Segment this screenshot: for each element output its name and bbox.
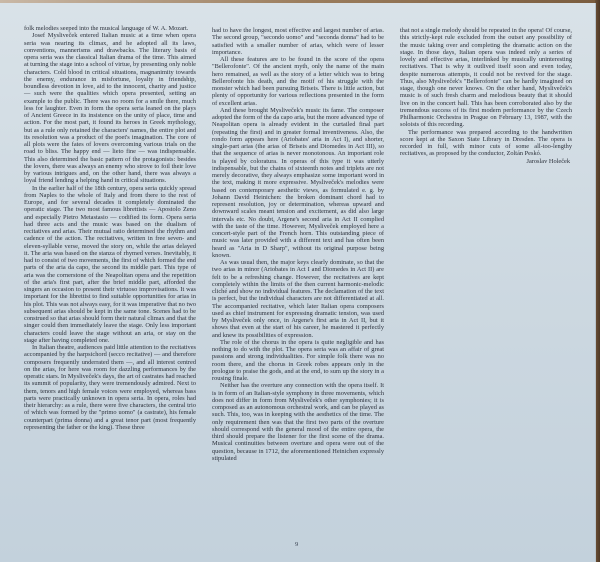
paragraph: Josef Mysliveček entered Italian music a… [24, 32, 196, 184]
paragraph: folk melodies seeped into the musical la… [24, 25, 196, 32]
text-column-3: that not a single melody should be repea… [400, 27, 572, 165]
text-column-1: folk melodies seeped into the musical la… [24, 25, 196, 431]
booklet-page: folk melodies seeped into the musical la… [0, 3, 595, 562]
paragraph: As was usual then, the major keys clearl… [212, 259, 384, 339]
paragraph: Neither has the overture any connection … [212, 382, 384, 462]
paragraph: The performance was prepared according t… [400, 129, 572, 158]
paragraph: In the earlier half of the 18th century,… [24, 185, 196, 345]
paragraph: All these features are to be found in th… [212, 56, 384, 107]
text-column-2: had to have the longest, most effective … [212, 27, 384, 462]
paragraph: And these brought Mysliveček's music its… [212, 107, 384, 259]
author-signature: Jaroslav Holeček [400, 158, 572, 165]
paragraph: had to have the longest, most effective … [212, 27, 384, 56]
page-number: 9 [295, 541, 298, 548]
paragraph: The role of the chorus in the opera is q… [212, 339, 384, 383]
table-surface-right [595, 0, 600, 562]
paragraph: that not a single melody should be repea… [400, 27, 572, 129]
paragraph: In Italian theatre, audiences paid littl… [24, 344, 196, 431]
